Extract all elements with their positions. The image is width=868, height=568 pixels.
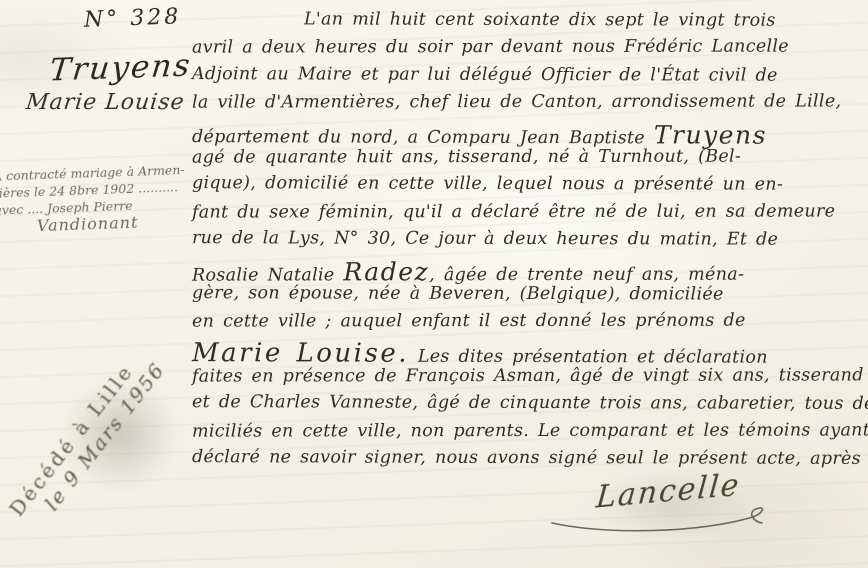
margin-surname: Truyens xyxy=(48,48,194,89)
act-line-4: la ville d'Armentières, chef lieu de Can… xyxy=(192,92,864,121)
act-line-11: gère, son épouse, née à Beveren, (Belgiq… xyxy=(192,283,864,312)
act-line-2: avril a deux heures du soir par devant n… xyxy=(192,37,864,66)
act-line-3: Adjoint au Maire et par lui délégué Offi… xyxy=(192,64,864,93)
act-line-5: département du nord, a Comparu Jean Bapt… xyxy=(192,119,864,148)
margin-given-names: Marie Louise xyxy=(25,90,186,115)
act-line-1: L'an mil huit cent soixante dix sept le … xyxy=(192,9,864,38)
act-line-14: faites en présence de François Asman, âg… xyxy=(192,365,864,394)
act-line-12: en cette ville ; auquel enfant il est do… xyxy=(192,311,864,340)
scanned-birth-record: N° 328 Truyens Marie Louise A contracté … xyxy=(0,0,868,568)
father-surname: Truyens xyxy=(654,120,767,149)
mother-given-names: Rosalie Natalie xyxy=(192,265,343,285)
act-line-16: miciliés en cette ville, non parents. Le… xyxy=(192,420,864,449)
act-body-text: L'an mil huit cent soixante dix sept le … xyxy=(192,10,864,476)
act-line-9: rue de la Lys, N° 30, Ce jour à deux heu… xyxy=(192,228,864,257)
act-line-6: agé de quarante huit ans, tisserand, né … xyxy=(192,146,864,175)
act-line-10-text: , âgée de trente neuf ans, ména- xyxy=(429,264,744,285)
act-line-7: gique), domicilié en cette ville, lequel… xyxy=(192,173,864,202)
officer-signature: Lancelle xyxy=(548,474,788,537)
act-line-8: fant du sexe féminin, qu'il a déclaré êt… xyxy=(192,201,864,230)
act-number: N° 328 xyxy=(84,4,182,32)
act-line-13: Marie Louise. Les dites présentation et … xyxy=(192,338,864,367)
mother-surname: Radez xyxy=(343,257,429,286)
officer-signature-name: Lancelle xyxy=(594,467,741,515)
marriage-margin-note: A contracté mariage à Armen- tières le 2… xyxy=(0,160,205,235)
act-line-15: et de Charles Vanneste, âgé de cinquante… xyxy=(192,393,864,422)
act-line-10: Rosalie Natalie Radez, âgée de trente ne… xyxy=(192,256,864,285)
child-given-names: Marie Louise. xyxy=(192,338,409,369)
act-line-5-text: département du nord, a Comparu Jean Bapt… xyxy=(192,127,654,148)
act-line-13-text: Les dites présentation et déclaration xyxy=(409,346,768,367)
